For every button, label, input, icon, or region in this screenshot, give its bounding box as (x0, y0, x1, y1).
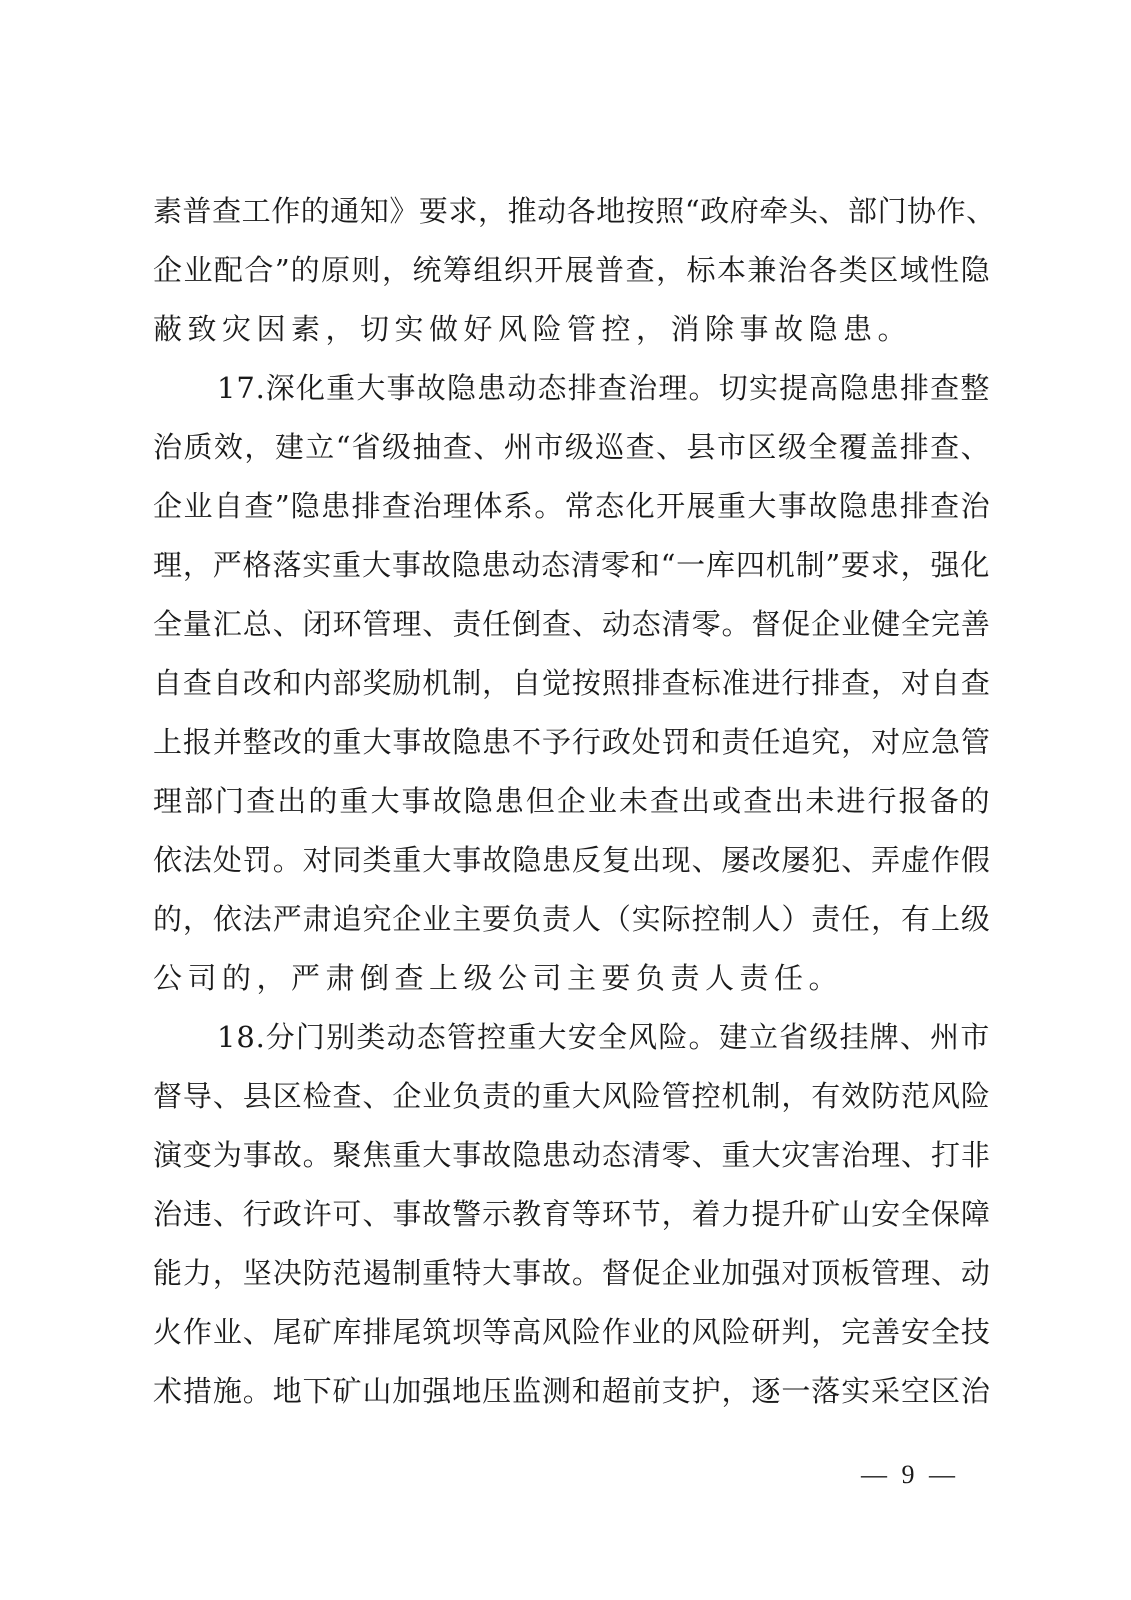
text-line: 治 违 、 行 政 许 可 、 事 故 警 示 教 育 等 环 节 ， 着 力 … (153, 1185, 990, 1244)
body-text: 素 普 查 工 作 的 通 知 》 要 求 ， 推 动 各 地 按 照 “ 政 … (153, 182, 990, 1421)
text-line: 火 作 业 、 尾 矿 库 排 尾 筑 坝 等 高 风 险 作 业 的 风 险 … (153, 1303, 990, 1362)
text-line-content: 自 查 自 改 和 内 部 奖 励 机 制 ， 自 觉 按 照 排 查 标 准 … (153, 654, 990, 713)
document-page: 素 普 查 工 作 的 通 知 》 要 求 ， 推 动 各 地 按 照 “ 政 … (0, 0, 1131, 1600)
text-line: 的 ， 依 法 严 肃 追 究 企 业 主 要 负 责 人 （ 实 际 控 制 … (153, 890, 990, 949)
text-line-content: 理 ， 严 格 落 实 重 大 事 故 隐 患 动 态 清 零 和 “ 一 库 … (153, 536, 990, 595)
text-line: 治 质 效 ， 建 立 “ 省 级 抽 查 、 州 市 级 巡 查 、 县 市 … (153, 418, 990, 477)
text-line: 企 业 自 查 ” 隐 患 排 查 治 理 体 系 。 常 态 化 开 展 重 … (153, 477, 990, 536)
text-line-content: 1 7 . 深 化 重 大 事 故 隐 患 动 态 排 查 治 理 。 切 实 … (217, 359, 990, 418)
text-line-content: 上 报 并 整 改 的 重 大 事 故 隐 患 不 予 行 政 处 罚 和 责 … (153, 713, 990, 772)
text-line: 自 查 自 改 和 内 部 奖 励 机 制 ， 自 觉 按 照 排 查 标 准 … (153, 654, 990, 713)
text-line-content: 企 业 配 合 ” 的 原 则 ， 统 筹 组 织 开 展 普 查 ， 标 本 … (153, 241, 990, 300)
text-line: 理 部 门 查 出 的 重 大 事 故 隐 患 但 企 业 未 查 出 或 查 … (153, 772, 990, 831)
text-line-content: 督 导 、 县 区 检 查 、 企 业 负 责 的 重 大 风 险 管 控 机 … (153, 1067, 990, 1126)
paragraph-16-continued: 素 普 查 工 作 的 通 知 》 要 求 ， 推 动 各 地 按 照 “ 政 … (153, 182, 990, 359)
text-line-content: 的 ， 依 法 严 肃 追 究 企 业 主 要 负 责 人 （ 实 际 控 制 … (153, 890, 990, 949)
text-line: 全 量 汇 总 、 闭 环 管 理 、 责 任 倒 查 、 动 态 清 零 。 … (153, 595, 990, 654)
text-line: 能 力 ， 坚 决 防 范 遏 制 重 特 大 事 故 。 督 促 企 业 加 … (153, 1244, 990, 1303)
text-line-content: 公司的，严肃倒查上级公司主要负责人责任。 (153, 949, 990, 1008)
text-line: 督 导 、 县 区 检 查 、 企 业 负 责 的 重 大 风 险 管 控 机 … (153, 1067, 990, 1126)
paragraph-18: 1 8 . 分 门 别 类 动 态 管 控 重 大 安 全 风 险 。 建 立 … (153, 1008, 990, 1421)
text-line-content: 理 部 门 查 出 的 重 大 事 故 隐 患 但 企 业 未 查 出 或 查 … (153, 772, 990, 831)
text-line-content: 蔽致灾因素，切实做好风险管控，消除事故隐患。 (153, 300, 990, 359)
text-line: 企 业 配 合 ” 的 原 则 ， 统 筹 组 织 开 展 普 查 ， 标 本 … (153, 241, 990, 300)
text-line: 素 普 查 工 作 的 通 知 》 要 求 ， 推 动 各 地 按 照 “ 政 … (153, 182, 990, 241)
text-line: 理 ， 严 格 落 实 重 大 事 故 隐 患 动 态 清 零 和 “ 一 库 … (153, 536, 990, 595)
text-line-content: 依 法 处 罚 。 对 同 类 重 大 事 故 隐 患 反 复 出 现 、 屡 … (153, 831, 990, 890)
text-line-content: 1 8 . 分 门 别 类 动 态 管 控 重 大 安 全 风 险 。 建 立 … (217, 1008, 990, 1067)
text-line-content: 演 变 为 事 故 。 聚 焦 重 大 事 故 隐 患 动 态 清 零 、 重 … (153, 1126, 990, 1185)
text-line: 公司的，严肃倒查上级公司主要负责人责任。 (153, 949, 990, 1008)
text-line-content: 素 普 查 工 作 的 通 知 》 要 求 ， 推 动 各 地 按 照 “ 政 … (153, 182, 990, 241)
paragraph-first-line: 1 7 . 深 化 重 大 事 故 隐 患 动 态 排 查 治 理 。 切 实 … (153, 359, 990, 418)
page-number: — 9 — (855, 1460, 965, 1490)
text-line-content: 火 作 业 、 尾 矿 库 排 尾 筑 坝 等 高 风 险 作 业 的 风 险 … (153, 1303, 990, 1362)
text-line-content: 治 质 效 ， 建 立 “ 省 级 抽 查 、 州 市 级 巡 查 、 县 市 … (153, 418, 990, 477)
text-line: 依 法 处 罚 。 对 同 类 重 大 事 故 隐 患 反 复 出 现 、 屡 … (153, 831, 990, 890)
text-line-content: 治 违 、 行 政 许 可 、 事 故 警 示 教 育 等 环 节 ， 着 力 … (153, 1185, 990, 1244)
text-line-content: 企 业 自 查 ” 隐 患 排 查 治 理 体 系 。 常 态 化 开 展 重 … (153, 477, 990, 536)
text-line: 上 报 并 整 改 的 重 大 事 故 隐 患 不 予 行 政 处 罚 和 责 … (153, 713, 990, 772)
paragraph-17: 1 7 . 深 化 重 大 事 故 隐 患 动 态 排 查 治 理 。 切 实 … (153, 359, 990, 1008)
text-line: 术 措 施 。 地 下 矿 山 加 强 地 压 监 测 和 超 前 支 护 ， … (153, 1362, 990, 1421)
text-line-content: 能 力 ， 坚 决 防 范 遏 制 重 特 大 事 故 。 督 促 企 业 加 … (153, 1244, 990, 1303)
text-line: 演 变 为 事 故 。 聚 焦 重 大 事 故 隐 患 动 态 清 零 、 重 … (153, 1126, 990, 1185)
text-line-content: 全 量 汇 总 、 闭 环 管 理 、 责 任 倒 查 、 动 态 清 零 。 … (153, 595, 990, 654)
text-line: 蔽致灾因素，切实做好风险管控，消除事故隐患。 (153, 300, 990, 359)
paragraph-first-line: 1 8 . 分 门 别 类 动 态 管 控 重 大 安 全 风 险 。 建 立 … (153, 1008, 990, 1067)
text-line-content: 术 措 施 。 地 下 矿 山 加 强 地 压 监 测 和 超 前 支 护 ， … (153, 1362, 990, 1421)
